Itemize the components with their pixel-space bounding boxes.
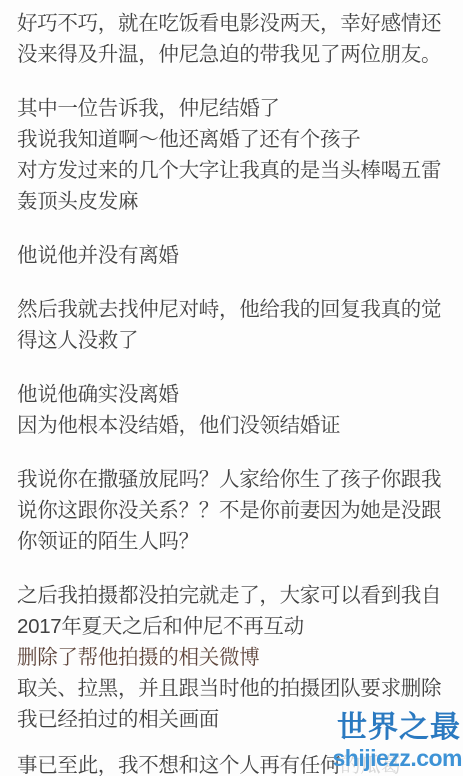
article-page: 好巧不巧，就在吃饭看电影没两天，幸好感情还 没来得及升温，仲尼急迫的带我见了两位…: [0, 0, 463, 776]
text-line: 他说他确实没离婚: [17, 379, 453, 410]
text-line: 2017年夏天之后和仲尼不再互动: [17, 611, 453, 642]
text-line: 取关、拉黑，并且跟当时他的拍摄团队要求删除: [17, 673, 453, 704]
paragraph: 他说他确实没离婚 因为他根本没结婚，他们没领结婚证: [17, 379, 453, 441]
text-line: 他说他并没有离婚: [17, 240, 453, 271]
paragraph: 好巧不巧，就在吃饭看电影没两天，幸好感情还 没来得及升温，仲尼急迫的带我见了两位…: [17, 8, 453, 70]
text-line: 因为他根本没结婚，他们没领结婚证: [17, 410, 453, 441]
text-line: 之后我拍摄都没拍完就走了，大家可以看到我自: [17, 580, 453, 611]
text-line: 好巧不巧，就在吃饭看电影没两天，幸好感情还: [17, 8, 453, 39]
text-line: 没来得及升温，仲尼急迫的带我见了两位朋友。: [17, 39, 453, 70]
text-line-highlighted: 删除了帮他拍摄的相关微博: [17, 642, 453, 673]
text-line-visible-part: 事已至此，我不想和这个人再有任何: [17, 754, 340, 776]
paragraph: 然后我就去找仲尼对峙，他给我的回复我真的觉 得这人没救了: [17, 294, 453, 356]
text-line: 对方发过来的几个大字让我真的是当头棒喝五雷: [17, 155, 453, 186]
text-line: 得这人没救了: [17, 325, 453, 356]
watermark-site-url: shijiezz.com: [333, 744, 462, 772]
text-line: 你领证的陌生人吗？: [17, 526, 453, 557]
paragraph: 其中一位告诉我，仲尼结婚了 我说我知道啊～他还离婚了还有个孩子 对方发过来的几个…: [17, 93, 453, 217]
article-content: 好巧不巧，就在吃饭看电影没两天，幸好感情还 没来得及升温，仲尼急迫的带我见了两位…: [17, 8, 453, 776]
watermark-logo: 世界之最: [337, 710, 461, 746]
text-line: 说你这跟你没关系？？不是你前妻因为她是没跟: [17, 495, 453, 526]
paragraph: 他说他并没有离婚: [17, 240, 453, 271]
paragraph: 我说你在撒骚放屁吗？人家给你生了孩子你跟我 说你这跟你没关系？？不是你前妻因为她…: [17, 464, 453, 557]
text-line: 我说我知道啊～他还离婚了还有个孩子: [17, 124, 453, 155]
text-line: 轰顶头皮发麻: [17, 186, 453, 217]
text-line: 其中一位告诉我，仲尼结婚了: [17, 93, 453, 124]
text-line: 我说你在撒骚放屁吗？人家给你生了孩子你跟我: [17, 464, 453, 495]
text-line: 然后我就去找仲尼对峙，他给我的回复我真的觉: [17, 294, 453, 325]
